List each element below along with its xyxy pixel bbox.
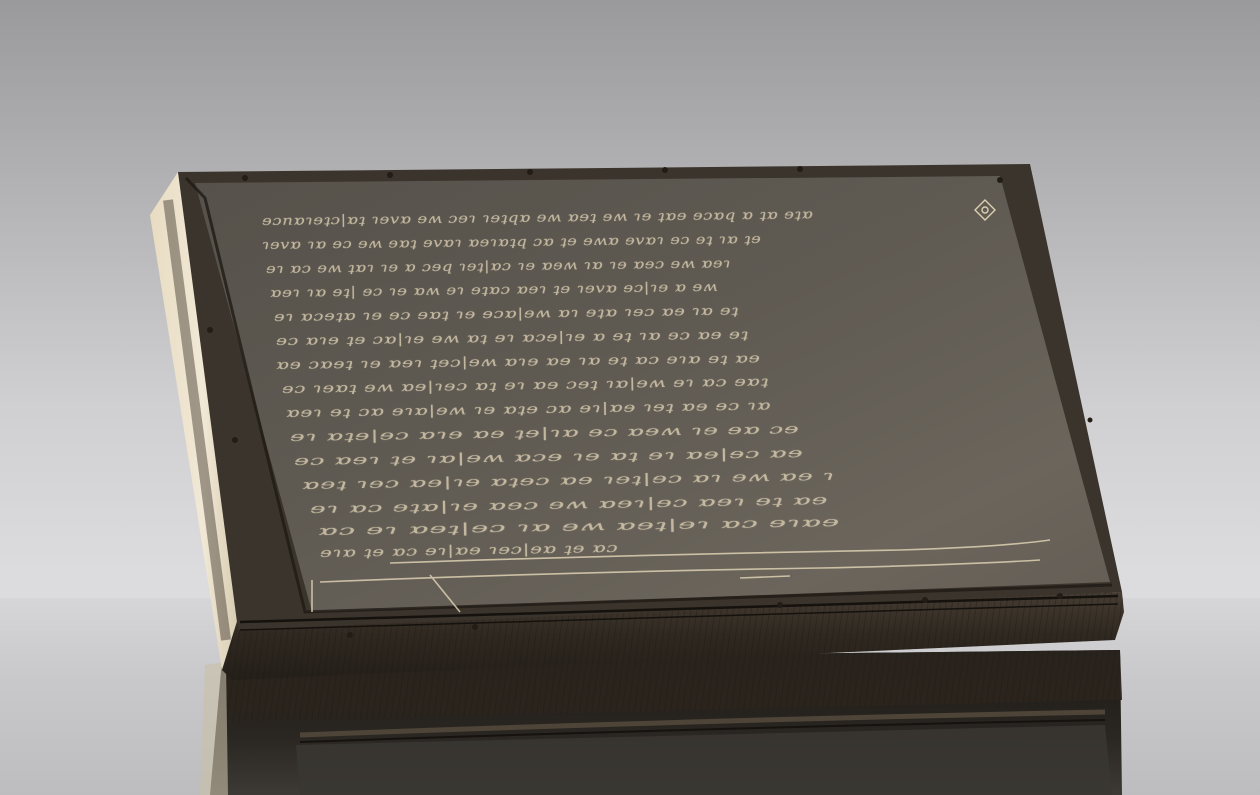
printing-block-illustration	[0, 0, 1260, 795]
photo-scene: ɘɔnɒɿɘʇɔ|ɒʇ ɿɘvɒ ɘʍ ɔɘɿ ɿɘʇqɒ ɘʍ ɒɘʇ ɘʍ …	[0, 0, 1260, 795]
